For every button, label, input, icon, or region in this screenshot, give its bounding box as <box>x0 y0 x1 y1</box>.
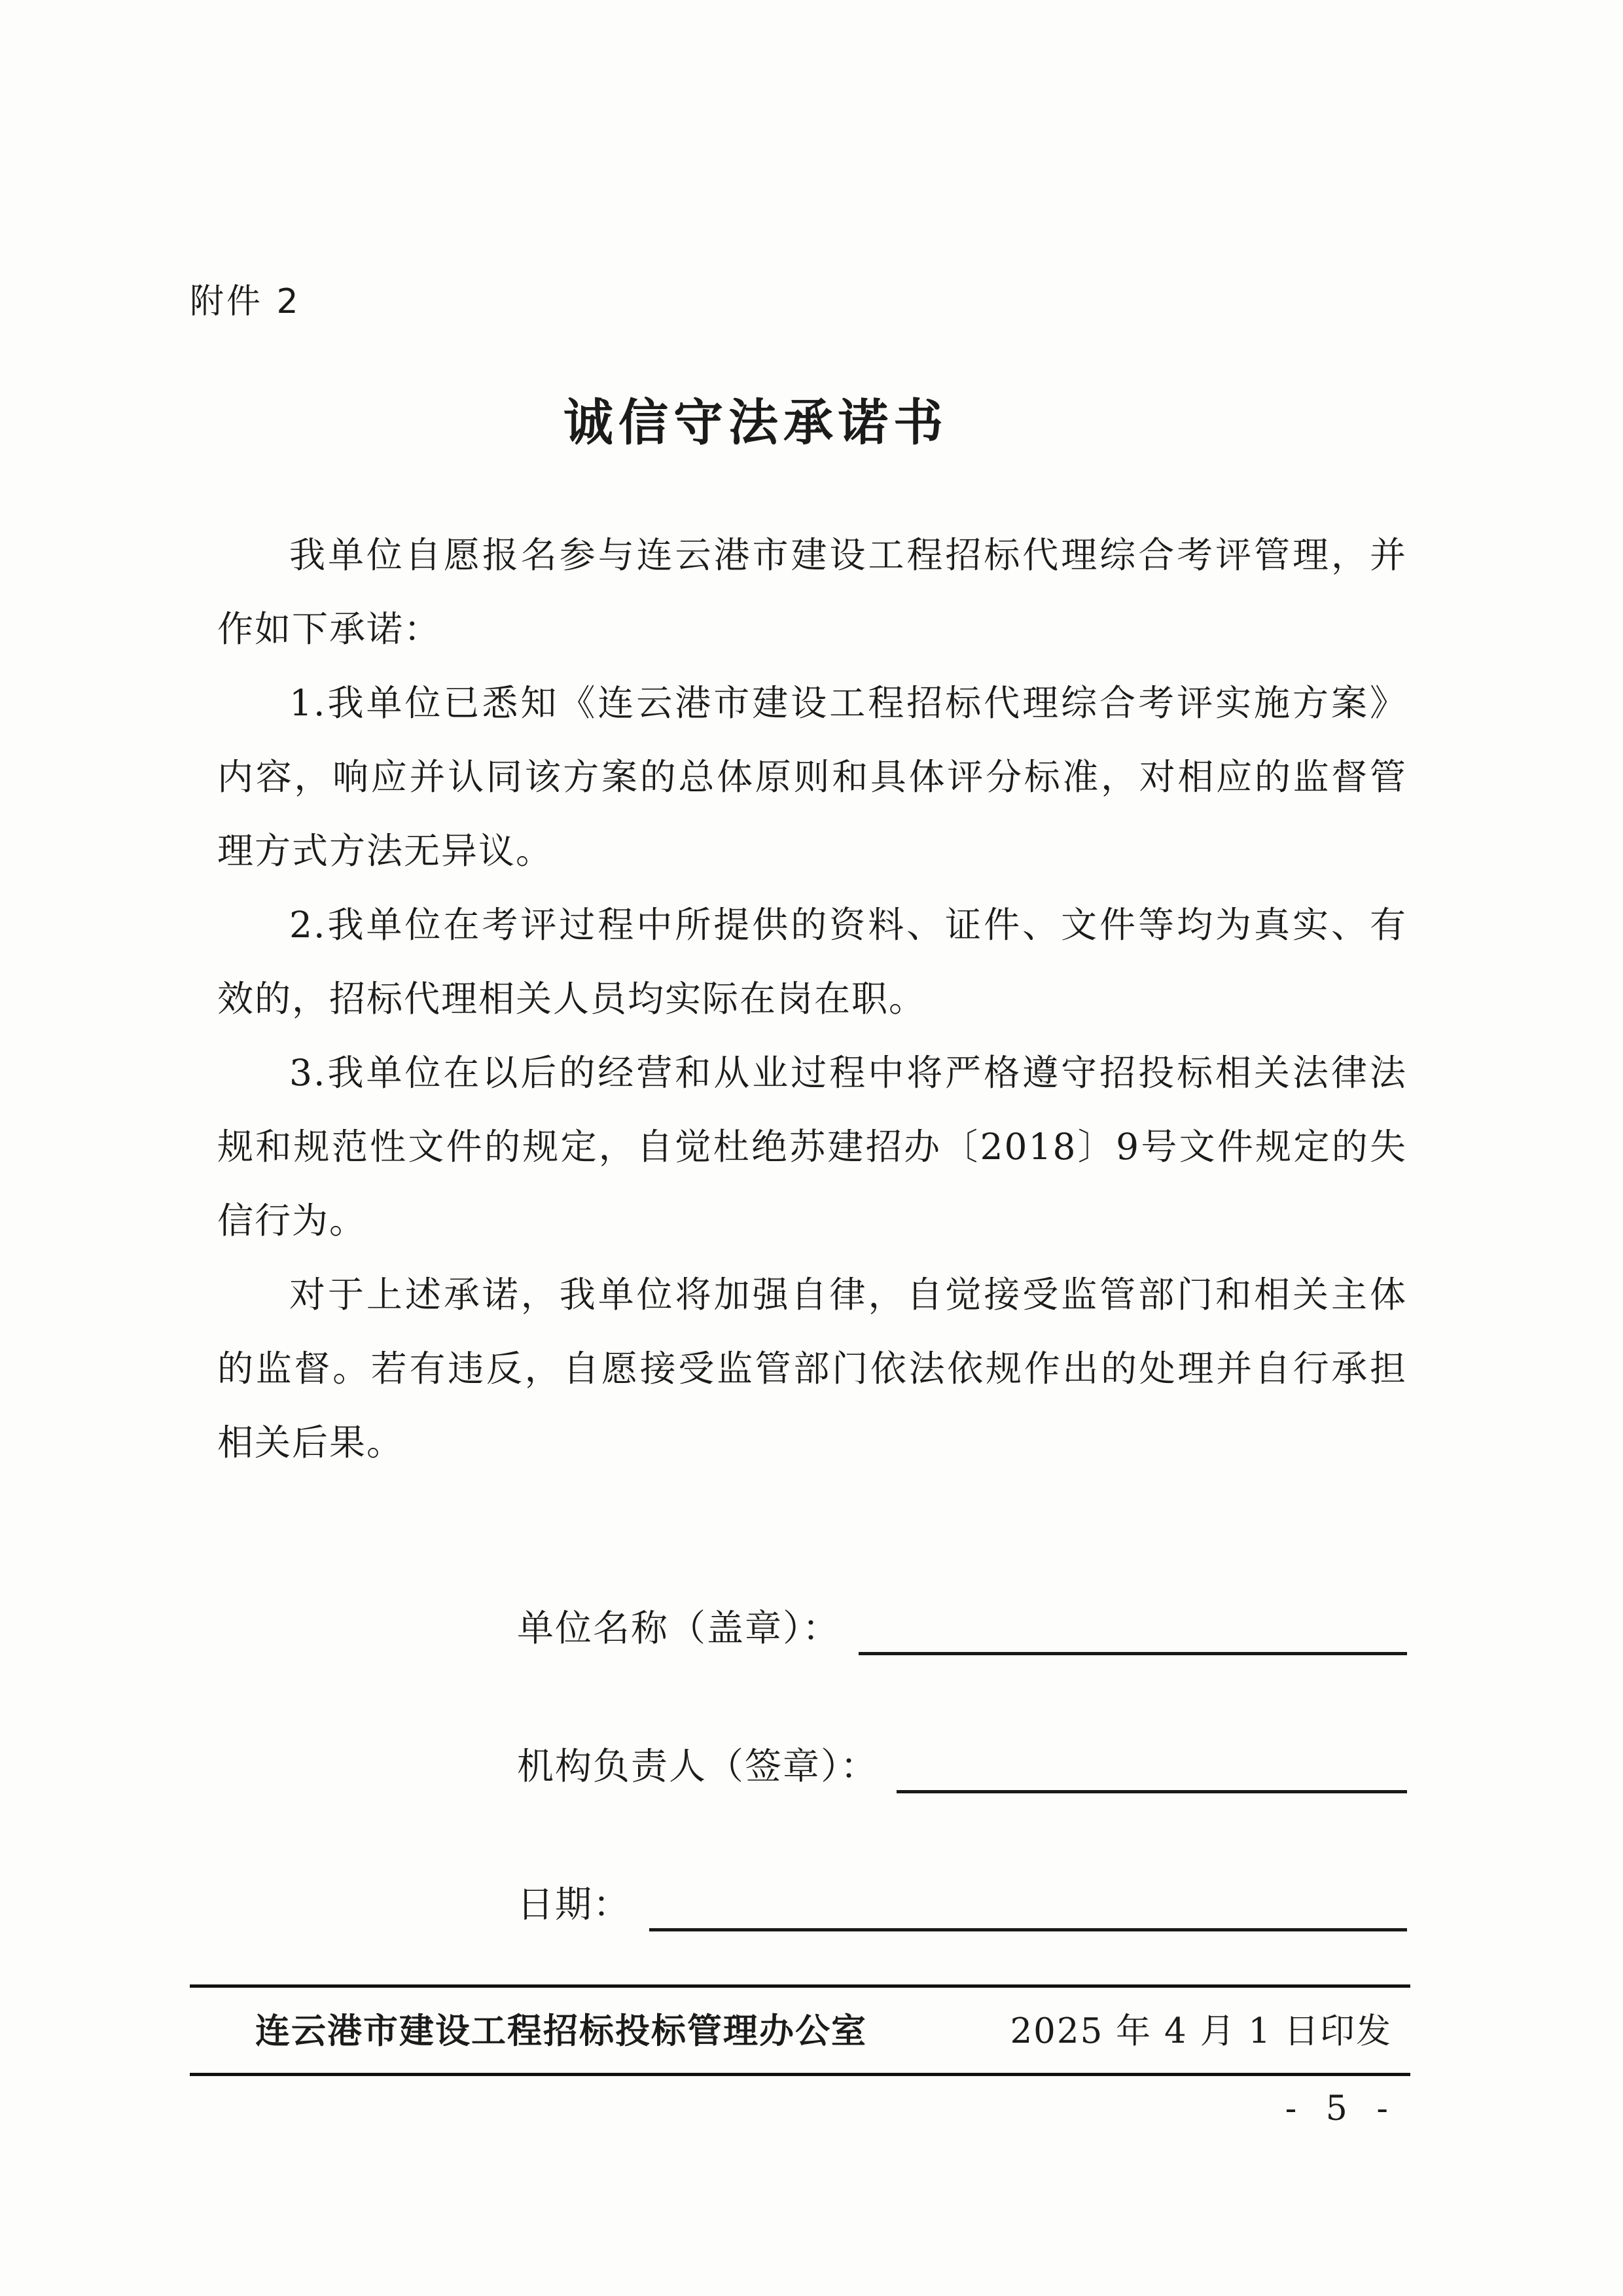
document-footer: 连云港市建设工程招标投标管理办公室 2025 年 4 月 1 日印发 <box>190 1984 1410 2076</box>
responsible-person-signature-line <box>897 1750 1407 1793</box>
document-title: 诚信守法承诺书 <box>0 383 1567 454</box>
signature-row-unit-name: 单位名称（盖章）： <box>517 1603 1407 1655</box>
body-paragraph: 1.我单位已悉知《连云港市建设工程招标代理综合考评实施方案》内容，响应并认同该方… <box>217 666 1407 888</box>
issuing-office: 连云港市建设工程招标投标管理办公室 <box>255 2003 867 2053</box>
date-signature-line <box>649 1888 1407 1931</box>
document-body: 我单位自愿报名参与连云港市建设工程招标代理综合考评管理，并作如下承诺： 1.我单… <box>217 518 1407 1931</box>
body-paragraph: 对于上述承诺，我单位将加强自律，自觉接受监管部门和相关主体的监督。若有违反，自愿… <box>217 1258 1407 1480</box>
page-number: - 5 - <box>1285 2089 1397 2128</box>
unit-name-signature-line <box>859 1612 1407 1655</box>
signature-row-responsible-person: 机构负责人（签章）： <box>517 1741 1407 1793</box>
document-page: 附件 2 诚信守法承诺书 我单位自愿报名参与连云港市建设工程招标代理综合考评管理… <box>0 0 1623 2296</box>
responsible-person-label: 机构负责人（签章）： <box>517 1741 878 1793</box>
unit-name-label: 单位名称（盖章）： <box>517 1603 840 1655</box>
body-paragraph: 2.我单位在考评过程中所提供的资料、证件、文件等均为真实、有效的，招标代理相关人… <box>217 888 1407 1036</box>
date-label: 日期： <box>517 1879 631 1931</box>
attachment-label: 附件 2 <box>190 274 1623 323</box>
print-date: 2025 年 4 月 1 日印发 <box>1010 2003 1392 2053</box>
body-paragraph: 我单位自愿报名参与连云港市建设工程招标代理综合考评管理，并作如下承诺： <box>217 518 1407 666</box>
signature-block: 单位名称（盖章）： 机构负责人（签章）： 日期： <box>517 1603 1407 1931</box>
signature-row-date: 日期： <box>517 1879 1407 1931</box>
body-paragraph: 3.我单位在以后的经营和从业过程中将严格遵守招投标相关法律法规和规范性文件的规定… <box>217 1036 1407 1258</box>
